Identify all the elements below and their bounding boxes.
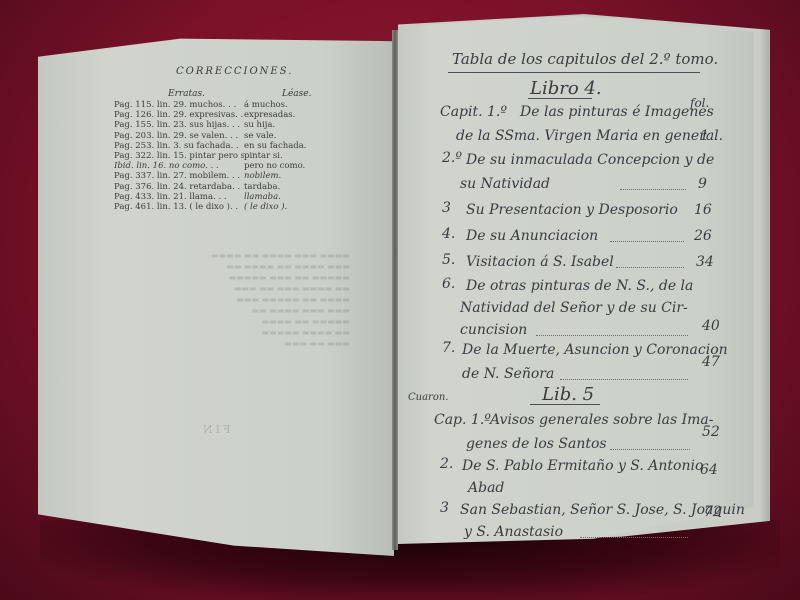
entry-number: Capit. 1.º xyxy=(440,104,507,120)
leader-dots xyxy=(610,448,690,450)
bleed-through-text: ▬▬▬▬ ▬▬▬ ▬▬▬▬ ▬▬ ▬▬▬▬▬▬▬ ▬▬▬▬ ▬▬ ▬▬▬▬ ▬▬… xyxy=(110,250,350,349)
entry-line: San Sebastian, Señor S. Jose, S. Joaquin xyxy=(460,502,745,518)
read-cell: llamaba. xyxy=(244,192,324,202)
errata-cell: Pag. 155. lin. 23. sus hijas. . . xyxy=(114,120,244,130)
entry-line: genes de los Santos xyxy=(466,436,607,452)
read-cell: pero no como. xyxy=(244,161,324,171)
errata-cell: Pag. 376. lin. 24. retardaba. . . xyxy=(114,182,244,192)
entry-page: 47 xyxy=(702,354,720,370)
read-cell: pintar si. xyxy=(244,151,324,161)
entry-number: 4. xyxy=(442,226,455,242)
entry-number: 2.º xyxy=(442,150,462,166)
book-5-heading: Lib. 5 xyxy=(542,384,594,405)
entry-line: De la Muerte, Asuncion y Coronacion xyxy=(462,342,728,358)
leader-dots xyxy=(536,334,688,336)
read-cell: tardaba. xyxy=(244,182,324,192)
bleed-through-fin: FIN xyxy=(200,424,231,435)
read-cell: su hija. xyxy=(244,120,324,130)
errata-cell: Pag. 126. lin. 29. expresivas. . xyxy=(114,110,244,120)
entry-line: De su Anunciacion xyxy=(466,228,598,244)
read-cell: ( le dixo ). xyxy=(244,202,324,212)
entry-line: Abad xyxy=(468,480,504,496)
entry-line: Natividad del Señor y de su Cir- xyxy=(460,300,688,316)
toc-title: Tabla de los capitulos del 2.º tomo. xyxy=(452,50,718,68)
book-4-heading: Libro 4. xyxy=(530,78,602,99)
entry-page: 52 xyxy=(702,424,720,440)
entry-page: 64 xyxy=(700,462,718,478)
entry-number: 3 xyxy=(442,200,451,216)
table-row: Pag. 337. lin. 27. mobilem. . .nobilem. xyxy=(114,171,324,181)
read-cell: expresadas. xyxy=(244,110,324,120)
entry-line: cuncision xyxy=(460,322,527,338)
errata-cell: Pag. 115. lin. 29. muchos. . . xyxy=(114,100,244,110)
errata-column-header: Erratas. xyxy=(168,89,205,99)
errata-cell: Pag. 253. lin. 3. su fachada. . xyxy=(114,141,244,151)
entry-number: 2. xyxy=(440,456,453,472)
table-row: Pag. 433. lin. 21. llama. . .llamaba. xyxy=(114,192,324,202)
table-row: Pag. 155. lin. 23. sus hijas. . .su hija… xyxy=(114,120,324,130)
entry-line: De S. Pablo Ermitaño y S. Antonio xyxy=(462,458,703,474)
read-cell: á muchos. xyxy=(244,100,324,110)
margin-note: Cuaron. xyxy=(408,392,448,403)
leader-dots xyxy=(560,378,688,380)
entry-number: 3 xyxy=(440,500,449,516)
entry-line: de N. Señora xyxy=(462,366,554,382)
errata-cell: Pag. 337. lin. 27. mobilem. . . xyxy=(114,171,244,181)
table-row: Pag. 126. lin. 29. expresivas. .expresad… xyxy=(114,110,324,120)
table-row: Pag. 253. lin. 3. su fachada. .en su fac… xyxy=(114,141,324,151)
leader-dots xyxy=(580,536,688,538)
errata-cell: Pag. 461. lin. 13. ( le dixo ). . xyxy=(114,202,244,212)
entry-page: 16 xyxy=(694,202,712,218)
book-gutter xyxy=(392,30,398,550)
errata-cell: Ibid. lin. 16. no como. . . xyxy=(114,161,244,171)
table-row: Ibid. lin. 16. no como. . .pero no como. xyxy=(114,161,324,171)
entry-number: 6. xyxy=(442,276,455,292)
entry-page: 40 xyxy=(702,318,720,334)
entry-line: Visitacion á S. Isabel xyxy=(466,254,614,270)
table-row: Pag. 322. lin. 15. pintar pero si.pintar… xyxy=(114,151,324,161)
entry-page: 72 xyxy=(704,504,722,520)
entry-line: de la SSma. Virgen Maria en general. xyxy=(456,128,723,144)
entry-line: Su Presentacion y Desposorio xyxy=(466,202,678,218)
entry-page: 26 xyxy=(694,228,712,244)
table-row: Pag. 203. lin. 29. se valen. . .se vale. xyxy=(114,131,324,141)
leader-dots xyxy=(616,266,684,268)
corrections-heading: CORRECCIONES. xyxy=(176,66,293,77)
entry-page: 9 xyxy=(698,176,707,192)
leader-dots xyxy=(620,188,686,190)
read-cell: se vale. xyxy=(244,131,324,141)
read-cell: nobilem. xyxy=(244,171,324,181)
book-4-underline xyxy=(528,98,592,99)
title-underline xyxy=(448,72,700,73)
table-row: Pag. 115. lin. 29. muchos. . .á muchos. xyxy=(114,100,324,110)
entry-line: Avisos generales sobre las Ima- xyxy=(490,412,714,428)
read-column-header: Léase. xyxy=(282,89,311,99)
leader-dots xyxy=(610,240,684,242)
entry-page: 1 xyxy=(700,128,709,144)
table-row: Pag. 376. lin. 24. retardaba. . .tardaba… xyxy=(114,182,324,192)
errata-cell: Pag. 203. lin. 29. se valen. . . xyxy=(114,131,244,141)
table-row: Pag. 461. lin. 13. ( le dixo ). .( le di… xyxy=(114,202,324,212)
entry-line: De su inmaculada Concepcion y de xyxy=(466,152,714,168)
corrections-table: Pag. 115. lin. 29. muchos. . .á muchos. … xyxy=(114,100,324,212)
entry-line: De otras pinturas de N. S., de la xyxy=(466,278,693,294)
entry-number: 7. xyxy=(442,340,455,356)
book-5-underline xyxy=(530,404,600,405)
errata-cell: Pag. 433. lin. 21. llama. . . xyxy=(114,192,244,202)
read-cell: en su fachada. xyxy=(244,141,324,151)
entry-line: De las pinturas é Imagenes xyxy=(520,104,714,120)
errata-cell: Pag. 322. lin. 15. pintar pero si. xyxy=(114,151,244,161)
entry-page: 34 xyxy=(696,254,714,270)
entry-number: Cap. 1.º xyxy=(434,412,491,428)
entry-number: 5. xyxy=(442,252,455,268)
entry-line: y S. Anastasio xyxy=(464,524,563,540)
entry-line: su Natividad xyxy=(460,176,550,192)
